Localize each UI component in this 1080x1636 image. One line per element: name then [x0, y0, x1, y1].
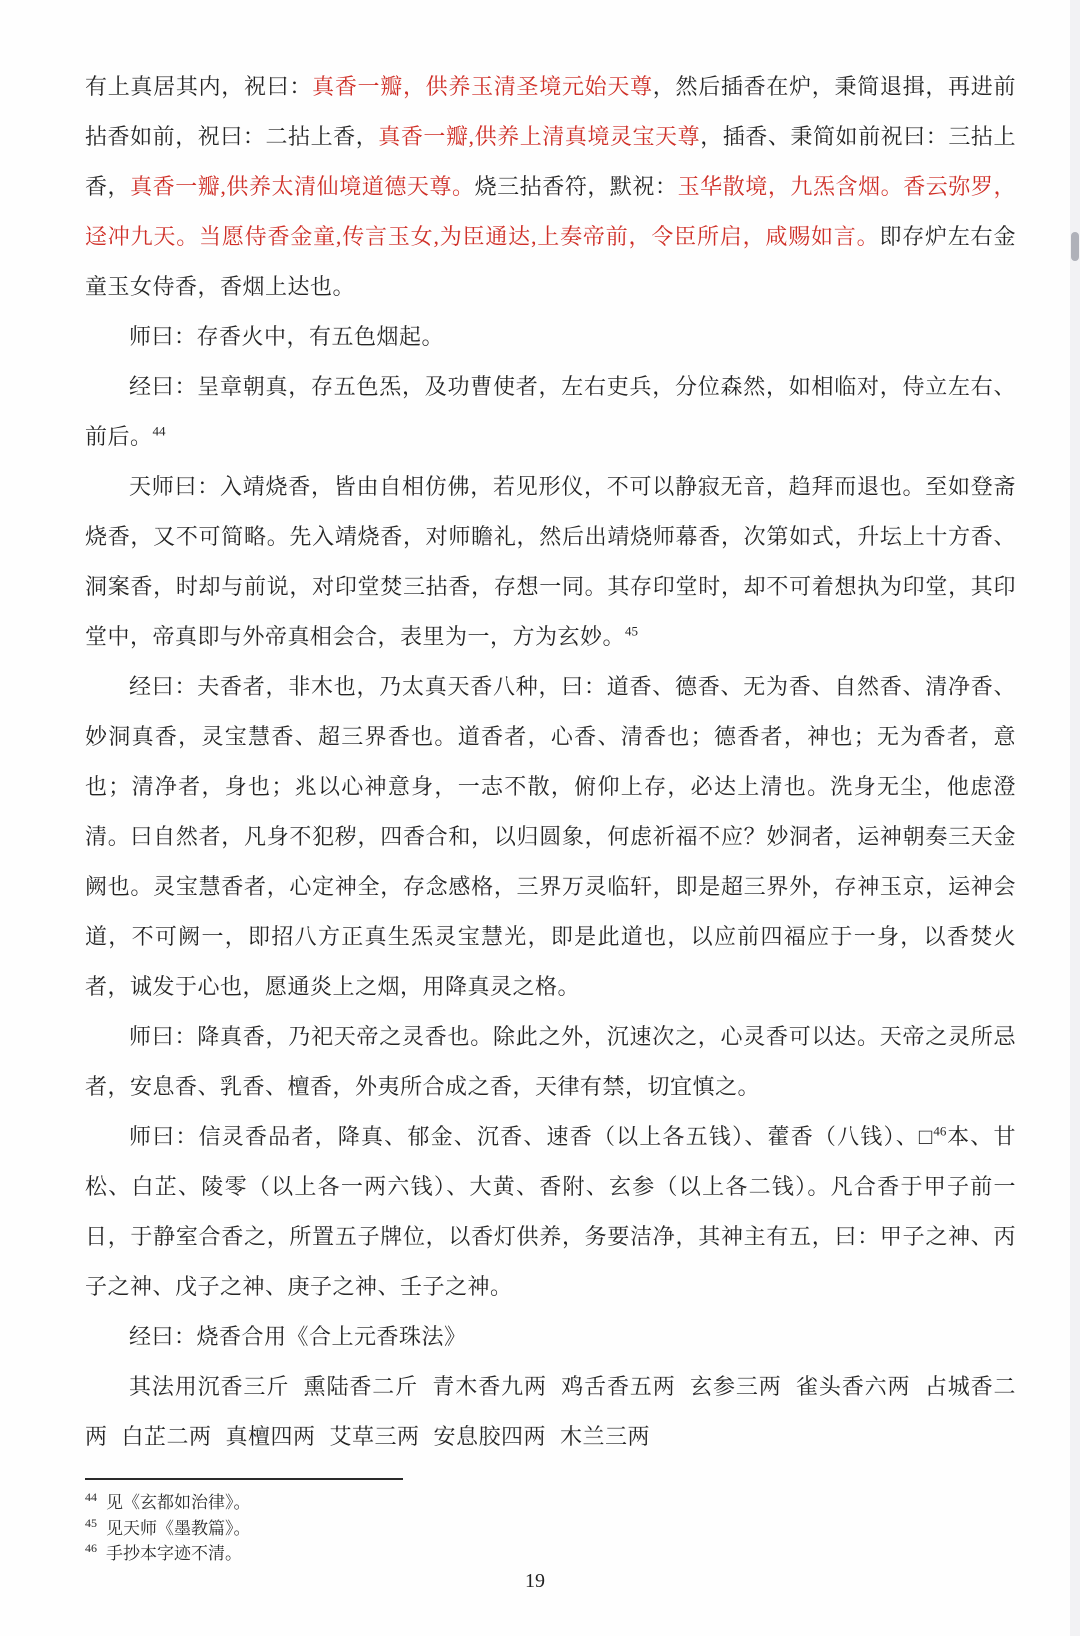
footnote-reference: 44 — [153, 424, 166, 439]
text-run: 天师曰：入靖烧香，皆由自相仿佛，若见形仪，不可以静寂无音，趋拜而退也。至如登斋烧… — [85, 474, 1016, 649]
scrollbar-track[interactable] — [1070, 0, 1080, 1636]
footnote-section: 44见《玄都如治律》。 45见天师《墨教篇》。 46手抄本字迹不清。 — [85, 1478, 1016, 1567]
text-run: 烧三拈香符，默祝： — [475, 174, 678, 199]
body-paragraph: 经曰：烧香合用《合上元香珠法》 — [85, 1312, 1016, 1362]
footnote: 46手抄本字迹不清。 — [85, 1541, 1016, 1567]
text-run: 师曰：信灵香品者，降真、郁金、沉香、速香（以上各五钱）、藿香（八钱）、□ — [129, 1124, 933, 1149]
scrollbar-thumb[interactable] — [1071, 232, 1079, 261]
body-paragraph: 师曰：存香火中，有五色烟起。 — [85, 312, 1016, 362]
text-run: 本、甘松、白芷、陵零（以上各一两六钱）、大黄、香附、玄参（以上各二钱）。凡合香于… — [85, 1124, 1016, 1299]
text-run: 有上真居其内，祝曰： — [85, 74, 312, 99]
body-paragraph-recipe-list: 其法用沉香三斤 熏陆香二斤 青木香九两 鸡舌香五两 玄参三两 雀头香六两 占城香… — [85, 1362, 1016, 1462]
footnote: 45见天师《墨教篇》。 — [85, 1516, 1016, 1542]
footnote-divider — [85, 1478, 403, 1480]
red-highlight-text: 真香一瓣,供养太清仙境道德天尊。 — [130, 174, 474, 199]
body-paragraph: 师曰：信灵香品者，降真、郁金、沉香、速香（以上各五钱）、藿香（八钱）、□46本、… — [85, 1112, 1016, 1312]
footnote-marker: 45 — [85, 1516, 97, 1530]
red-highlight-text: 真香一瓣,供养上清真境灵宝天尊 — [378, 124, 700, 149]
footnote-text: 手抄本字迹不清。 — [106, 1544, 242, 1563]
red-highlight-text: 真香一瓣，供养玉清圣境元始天尊 — [312, 74, 653, 99]
text-run: 其法用沉香三斤 熏陆香二斤 青木香九两 鸡舌香五两 玄参三两 雀头香六两 占城香… — [85, 1374, 1016, 1449]
footnote-marker: 44 — [85, 1490, 97, 1504]
footnote-reference: 46 — [933, 1124, 946, 1139]
text-run: 经曰：夫香者，非木也，乃太真天香八种，曰：道香、德香、无为香、自然香、清净香、妙… — [85, 674, 1016, 999]
footnote-marker: 46 — [85, 1541, 97, 1555]
footnote-text: 见天师《墨教篇》。 — [106, 1519, 251, 1538]
footnote-text: 见《玄都如治律》。 — [106, 1493, 251, 1512]
body-paragraph: 天师曰：入靖烧香，皆由自相仿佛，若见形仪，不可以静寂无音，趋拜而退也。至如登斋烧… — [85, 462, 1016, 662]
text-run: 师曰：存香火中，有五色烟起。 — [129, 324, 444, 349]
footnote-reference: 45 — [625, 624, 638, 639]
footnote: 44见《玄都如治律》。 — [85, 1490, 1016, 1516]
page-number: 19 — [0, 1570, 1070, 1593]
body-paragraph: 有上真居其内，祝曰：真香一瓣，供养玉清圣境元始天尊，然后插香在炉，秉简退揖，再进… — [85, 62, 1016, 312]
body-paragraph: 师曰：降真香，乃祀天帝之灵香也。除此之外，沉速次之，心灵香可以达。天帝之灵所忌者… — [85, 1012, 1016, 1112]
text-run: 经曰：呈章朝真，存五色炁，及功曹使者，左右吏兵，分位森然，如相临对，侍立左右、前… — [85, 374, 1016, 449]
document-page: 有上真居其内，祝曰：真香一瓣，供养玉清圣境元始天尊，然后插香在炉，秉简退揖，再进… — [0, 0, 1080, 1636]
body-paragraph: 经曰：呈章朝真，存五色炁，及功曹使者，左右吏兵，分位森然，如相临对，侍立左右、前… — [85, 362, 1016, 462]
body-text: 有上真居其内，祝曰：真香一瓣，供养玉清圣境元始天尊，然后插香在炉，秉简退揖，再进… — [85, 62, 1016, 1462]
body-paragraph: 经曰：夫香者，非木也，乃太真天香八种，曰：道香、德香、无为香、自然香、清净香、妙… — [85, 662, 1016, 1012]
text-run: 师曰：降真香，乃祀天帝之灵香也。除此之外，沉速次之，心灵香可以达。天帝之灵所忌者… — [85, 1024, 1016, 1099]
text-run: 经曰：烧香合用《合上元香珠法》 — [129, 1324, 467, 1349]
